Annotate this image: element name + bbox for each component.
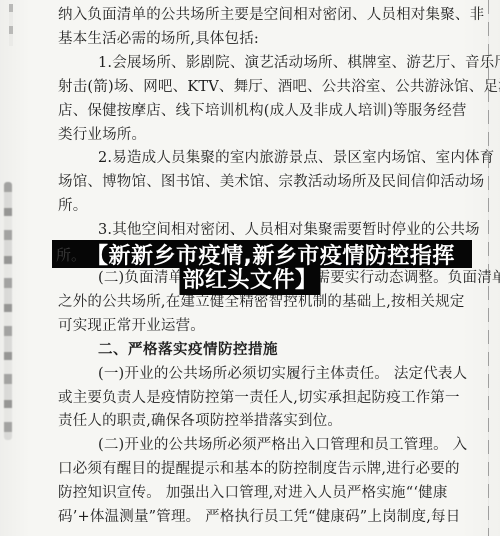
doc-line: (一)开业的公共场所必须切实履行主体责任。 法定代表人 xyxy=(58,363,446,387)
doc-line: 基本生活必需的场所,具体包括: xyxy=(58,28,446,52)
overlay-title-line1: 【新新乡市疫情,新乡市疫情防控指挥 xyxy=(86,239,455,270)
doc-line: 责任人的职责,确保各项防控举措落实到位。 xyxy=(58,410,446,434)
scanned-document-page: 纳入负面清单的公共场所主要是空间相对密闭、人员相对集聚、非基本生活必需的场所,具… xyxy=(0,0,500,536)
doc-line: 纳入负面清单的公共场所主要是空间相对密闭、人员相对集聚、非 xyxy=(58,4,446,28)
doc-line: 店、保健按摩店、线下培训机构(成人及非成人培训)等服务经营 xyxy=(58,100,446,124)
scan-smudge-artifact-top-left xyxy=(9,4,13,46)
doc-line: 码’+体温测量”管理。 严格执行员工凭“健康码”上岗制度,每日 xyxy=(58,506,446,530)
doc-line: 二、严格落实疫情防控措施 xyxy=(58,339,446,363)
doc-line: 口必须有醒目的提醒提示和基本的防控制度告示牌,进行必要的 xyxy=(58,458,446,482)
doc-line: 1.会展场所、影剧院、演艺活动场所、棋牌室、游艺厅、音乐厅、 xyxy=(58,52,446,76)
doc-line: 2.易造成人员集聚的室内旅游景点、景区室内场馆、室内体育 xyxy=(58,147,446,171)
overlay-title-line2: 部红头文件】 xyxy=(179,267,320,295)
doc-line: 或主要负责人是疫情防控第一责任人,切实承担起防疫工作第一 xyxy=(58,387,446,411)
scan-edge-artifact-right xyxy=(488,0,490,536)
scan-smudge-artifact-left xyxy=(4,182,12,440)
doc-line: 可实现正常开业运营。 xyxy=(58,315,446,339)
doc-line: 场馆、博物馆、图书馆、美术馆、宗教活动场所及民间信仰活动场 xyxy=(58,171,446,195)
covered-document-text: 所。 xyxy=(56,244,86,265)
doc-line: 所。 xyxy=(58,195,446,219)
doc-line: 类行业场所。 xyxy=(58,124,446,148)
doc-line: (二)开业的公共场所必须严格出入口管理和员工管理。 入 xyxy=(58,434,446,458)
doc-line: 防控知识宣传。 加强出入口管理,对进入人员严格实施“‘健康 xyxy=(58,482,446,506)
doc-line: 射击(箭)场、网吧、KTV、舞厅、酒吧、公共浴室、公共游泳馆、足浴 xyxy=(58,76,446,100)
overlay-banner: 所。 【新新乡市疫情,新乡市疫情防控指挥 xyxy=(52,240,472,268)
